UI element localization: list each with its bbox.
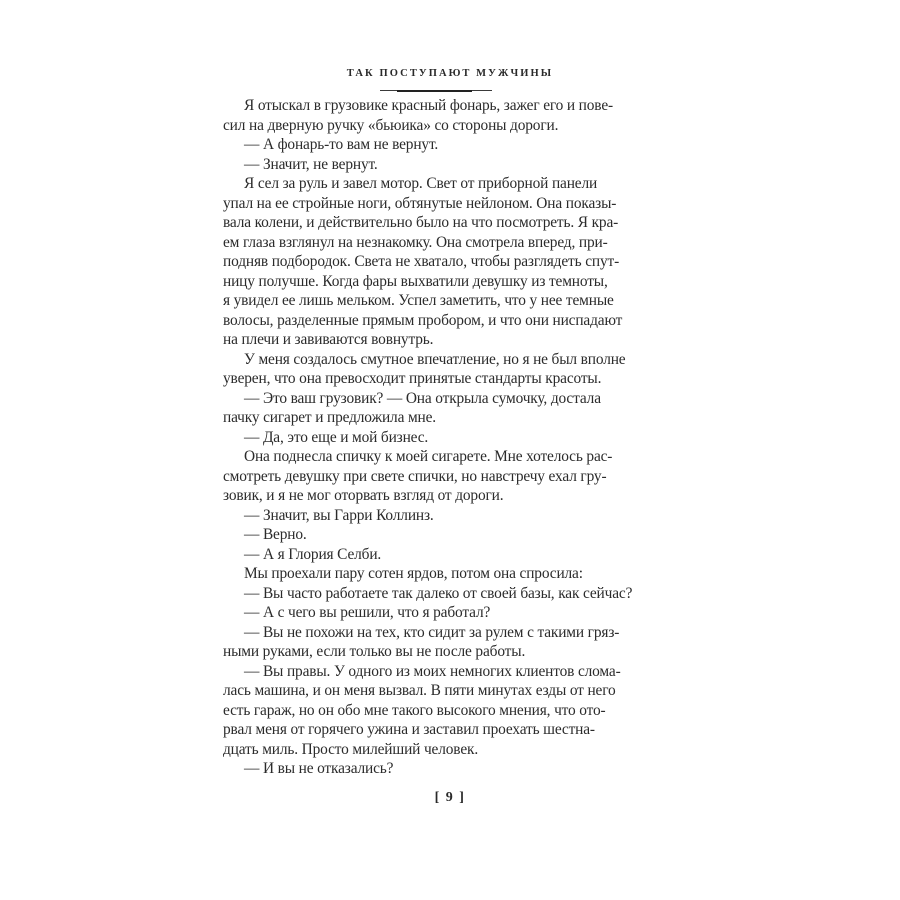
text-line: Я сел за руль и завел мотор. Свет от при…	[223, 174, 649, 194]
running-head: ТАК ПОСТУПАЮТ МУЖЧИНЫ	[0, 67, 900, 81]
text-line: упал на ее стройные ноги, обтянутые нейл…	[223, 194, 649, 214]
body-text: Я отыскал в грузовике красный фонарь, за…	[223, 96, 649, 779]
text-line: сил на дверную ручку «бьюика» со стороны…	[223, 116, 649, 136]
text-line: ницу получше. Когда фары выхватили девуш…	[223, 272, 649, 292]
book-page: ТАК ПОСТУПАЮТ МУЖЧИНЫ Я отыскал в грузов…	[0, 0, 900, 900]
text-line: подняв подбородок. Света не хватало, что…	[223, 252, 649, 272]
page-number: [ 9 ]	[0, 790, 900, 806]
text-line: — И вы не отказались?	[223, 759, 649, 779]
text-line: — Это ваш грузовик? — Она открыла сумочк…	[223, 389, 649, 409]
text-line: — Вы часто работаете так далеко от своей…	[223, 584, 649, 604]
text-line: — Вы правы. У одного из моих немногих кл…	[223, 662, 649, 682]
text-line: — Значит, не вернут.	[223, 155, 649, 175]
text-line: уверен, что она превосходит принятые ста…	[223, 369, 649, 389]
text-line: ными руками, если только вы не после раб…	[223, 642, 649, 662]
text-line: ем глаза взглянул на незнакомку. Она смо…	[223, 233, 649, 253]
text-line: — А я Глория Селби.	[223, 545, 649, 565]
text-line: Мы проехали пару сотен ярдов, потом она …	[223, 564, 649, 584]
text-line: есть гараж, но он обо мне такого высоког…	[223, 701, 649, 721]
text-line: — Вы не похожи на тех, кто сидит за руле…	[223, 623, 649, 643]
text-line: вала колени, и действительно было на что…	[223, 213, 649, 233]
text-line: — А с чего вы решили, что я работал?	[223, 603, 649, 623]
text-line: лась машина, и он меня вызвал. В пяти ми…	[223, 681, 649, 701]
text-line: волосы, разделенные прямым пробором, и ч…	[223, 311, 649, 331]
text-line: — Значит, вы Гарри Коллинз.	[223, 506, 649, 526]
text-line: Она поднесла спичку к моей сигарете. Мне…	[223, 447, 649, 467]
text-line: дцать миль. Просто милейший человек.	[223, 740, 649, 760]
text-line: У меня создалось смутное впечатление, но…	[223, 350, 649, 370]
header-rule-accent	[397, 90, 472, 93]
text-line: я увидел ее лишь мельком. Успел заметить…	[223, 291, 649, 311]
text-line: зовик, и я не мог оторвать взгляд от дор…	[223, 486, 649, 506]
text-line: пачку сигарет и предложила мне.	[223, 408, 649, 428]
text-line: — Верно.	[223, 525, 649, 545]
text-line: — А фонарь-то вам не вернут.	[223, 135, 649, 155]
text-line: Я отыскал в грузовике красный фонарь, за…	[223, 96, 649, 116]
text-line: рвал меня от горячего ужина и заставил п…	[223, 720, 649, 740]
text-line: — Да, это еще и мой бизнес.	[223, 428, 649, 448]
text-line: на плечи и завиваются вовнутрь.	[223, 330, 649, 350]
text-line: смотреть девушку при свете спички, но на…	[223, 467, 649, 487]
